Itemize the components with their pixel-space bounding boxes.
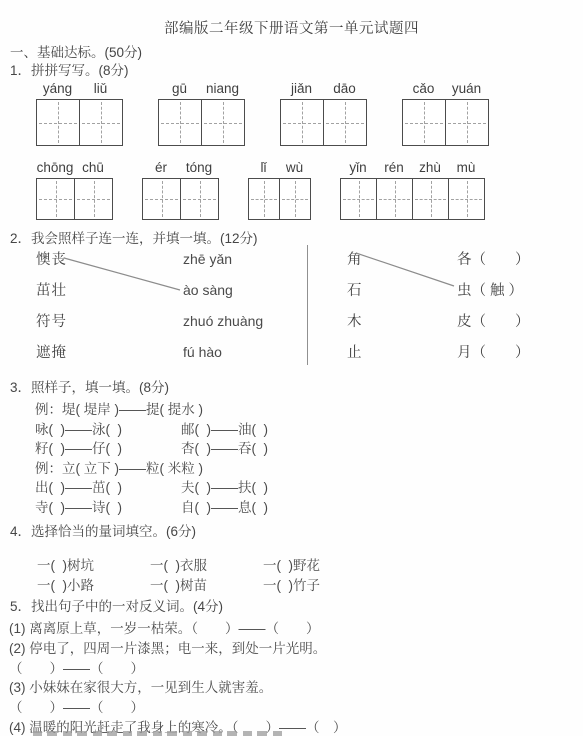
q5-sentence-2: (2) 停电了，四周一片漆黑；电一来，到处一片光明。 — [9, 639, 583, 659]
q4-row: 一( )小路 一( )树苗 一( )竹子 — [37, 576, 583, 596]
grid-cell — [143, 179, 180, 219]
pinyin-syllable: chōng — [36, 160, 74, 176]
pinyin-group-chongchu: chōng chū — [36, 160, 113, 220]
writing-grid — [36, 178, 113, 220]
pinyin-syllable: ér — [142, 160, 180, 176]
q5-answer-blanks: （ ）——（ ） — [9, 659, 583, 679]
match-blank: 各（ ） — [457, 248, 530, 269]
pinyin-syllable: zhù — [412, 160, 448, 176]
pinyin-syllable: niang — [201, 81, 244, 97]
q5-header: 5．找出句子中的一对反义词。(4分) — [10, 598, 583, 615]
writing-grid — [340, 178, 485, 220]
writing-grid — [402, 99, 489, 146]
writing-grid — [280, 99, 367, 146]
pinyin-syllable: gū — [158, 81, 201, 97]
q4-blank: 一( )竹子 — [263, 576, 320, 596]
q3-pair: 夫( )——扶( ) — [181, 478, 268, 498]
grid-cell — [37, 100, 79, 145]
pinyin-labels: lǐ wù — [248, 160, 311, 176]
q3-pair: 自( )——息( ) — [181, 498, 268, 518]
page-title: 部编版二年级下册语文第一单元试题四 — [0, 20, 583, 38]
writing-grid — [36, 99, 123, 146]
q4-header: 4．选择恰当的量词填空。(6分) — [10, 523, 583, 540]
match-row: 石 虫（ 触 ） — [347, 274, 583, 305]
pinyin-group-jiandao: jiǎn dāo — [280, 81, 367, 146]
match-row: 懊丧 zhē yǎn — [36, 243, 307, 274]
writing-grid — [248, 178, 311, 220]
q3-pair-row: 寺( )——诗( ) 自( )——息( ) — [35, 498, 583, 518]
grid-cell — [201, 100, 244, 145]
pinyin-syllable: lǐ — [248, 160, 279, 176]
grid-cell — [341, 179, 376, 219]
match-word: 符号 — [36, 310, 183, 331]
q5-sentence-3: (3) 小妹妹在家很大方，一见到生人就害羞。 — [9, 678, 583, 698]
pinyin-group-guniang: gū niang — [158, 81, 245, 146]
pinyin-row-2: chōng chū ér tóng lǐ wù — [36, 160, 583, 220]
grid-cell — [279, 179, 310, 219]
match-char: 木 — [347, 310, 457, 331]
grid-cell — [281, 100, 323, 145]
writing-grid — [142, 178, 219, 220]
grid-cell — [37, 179, 74, 219]
pinyin-syllable: dāo — [323, 81, 366, 97]
pinyin-labels: ér tóng — [142, 160, 219, 176]
pinyin-group-yangliu: yáng liǔ — [36, 81, 123, 146]
pinyin-labels: yǐn rén zhù mù — [340, 160, 485, 176]
match-char: 止 — [347, 341, 457, 362]
grid-cell — [74, 179, 112, 219]
grid-cell — [323, 100, 366, 145]
grid-cell — [412, 179, 448, 219]
match-blank: 虫（ 触 ） — [457, 279, 523, 300]
match-blank: 皮（ ） — [457, 310, 530, 331]
match-char: 角 — [347, 248, 457, 269]
pinyin-labels: cǎo yuán — [402, 81, 489, 97]
pinyin-syllable: mù — [448, 160, 484, 176]
pinyin-syllable: tóng — [180, 160, 218, 176]
test-paper-page: 部编版二年级下册语文第一单元试题四 一、基础达标。(50分) 1．拼拼写写。(8… — [0, 0, 583, 736]
pinyin-group-liwu: lǐ wù — [248, 160, 311, 220]
pinyin-group-caoyuan: cǎo yuán — [402, 81, 489, 146]
grid-cell — [159, 100, 201, 145]
q3-pair: 杏( )——吞( ) — [181, 439, 268, 459]
q5-answer-blanks: （ ）——（ ） — [9, 698, 583, 718]
grid-cell — [448, 179, 484, 219]
pinyin-syllable: wù — [279, 160, 310, 176]
match-row: 角 各（ ） — [347, 243, 583, 274]
pinyin-labels: jiǎn dāo — [280, 81, 367, 97]
pinyin-syllable: chū — [74, 160, 112, 176]
pinyin-syllable: yuán — [445, 81, 488, 97]
match-char: 石 — [347, 279, 457, 300]
pinyin-labels: yáng liǔ — [36, 81, 123, 97]
match-word: 遮掩 — [36, 341, 183, 362]
match-pinyin: zhē yǎn — [183, 251, 232, 267]
q4-blank: 一( )树坑 — [37, 556, 150, 576]
match-word: 茁壮 — [36, 279, 183, 300]
match-row: 木 皮（ ） — [347, 305, 583, 336]
q4-blank: 一( )树苗 — [150, 576, 263, 596]
grid-cell — [403, 100, 445, 145]
pinyin-group-yinrenzhumu: yǐn rén zhù mù — [340, 160, 485, 220]
pinyin-syllable: yáng — [36, 81, 79, 97]
q3-pair: 咏( )——泳( ) — [35, 420, 181, 440]
match-pinyin: fú hào — [183, 344, 222, 360]
pinyin-syllable: rén — [376, 160, 412, 176]
grid-cell — [249, 179, 279, 219]
q3-pair-row: 咏( )——泳( ) 邮( )——油( ) — [35, 420, 583, 440]
pinyin-syllable: cǎo — [402, 81, 445, 97]
pinyin-group-ertong: ér tóng — [142, 160, 219, 220]
q3-pair-row: 籽( )——仔( ) 杏( )——吞( ) — [35, 439, 583, 459]
pinyin-row-1: yáng liǔ gū niang jiǎn dāo — [36, 81, 583, 146]
pinyin-syllable: jiǎn — [280, 81, 323, 97]
match-right-block: 角 各（ ） 石 虫（ 触 ） 木 皮（ ） 止 月（ ） — [308, 243, 583, 367]
match-pinyin: zhuó zhuàng — [183, 313, 263, 329]
q1-header: 1．拼拼写写。(8分) — [10, 62, 583, 79]
grid-cell — [376, 179, 412, 219]
q3-pair: 籽( )——仔( ) — [35, 439, 181, 459]
q4-blank: 一( )野花 — [263, 556, 320, 576]
part1-header: 一、基础达标。(50分) — [10, 44, 583, 62]
q3-header: 3．照样子，填一填。(8分) — [10, 379, 583, 396]
writing-grid — [158, 99, 245, 146]
q3-example-2: 例：立( 立下 )——粒( 米粒 ) — [35, 459, 583, 479]
match-row: 茁壮 ào sàng — [36, 274, 307, 305]
q3-example-1: 例：堤( 堤岸 )——提( 提水 ) — [35, 400, 583, 420]
match-pinyin: ào sàng — [183, 282, 233, 298]
pinyin-labels: gū niang — [158, 81, 245, 97]
matching-section: 懊丧 zhē yǎn 茁壮 ào sàng 符号 zhuó zhuàng 遮掩 … — [0, 243, 583, 367]
match-row: 止 月（ ） — [347, 336, 583, 367]
match-word: 懊丧 — [36, 248, 183, 269]
match-row: 符号 zhuó zhuàng — [36, 305, 307, 336]
grid-cell — [445, 100, 488, 145]
truncated-next-question-line — [33, 731, 285, 736]
match-row: 遮掩 fú hào — [36, 336, 307, 367]
q4-blank: 一( )衣服 — [150, 556, 263, 576]
q3-pair: 出( )——茁( ) — [35, 478, 181, 498]
pinyin-syllable: liǔ — [79, 81, 122, 97]
pinyin-syllable: yǐn — [340, 160, 376, 176]
pinyin-labels: chōng chū — [36, 160, 113, 176]
q4-row: 一( )树坑 一( )衣服 一( )野花 — [37, 556, 583, 576]
grid-cell — [180, 179, 218, 219]
q5-sentence-1: (1) 离离原上草，一岁一枯荣。（ ）——（ ） — [9, 619, 583, 639]
grid-cell — [79, 100, 122, 145]
q3-pair: 邮( )——油( ) — [181, 420, 268, 440]
q3-pair: 寺( )——诗( ) — [35, 498, 181, 518]
match-blank: 月（ ） — [457, 341, 530, 362]
q3-pair-row: 出( )——茁( ) 夫( )——扶( ) — [35, 478, 583, 498]
q4-blank: 一( )小路 — [37, 576, 150, 596]
match-left-block: 懊丧 zhē yǎn 茁壮 ào sàng 符号 zhuó zhuàng 遮掩 … — [0, 243, 307, 367]
